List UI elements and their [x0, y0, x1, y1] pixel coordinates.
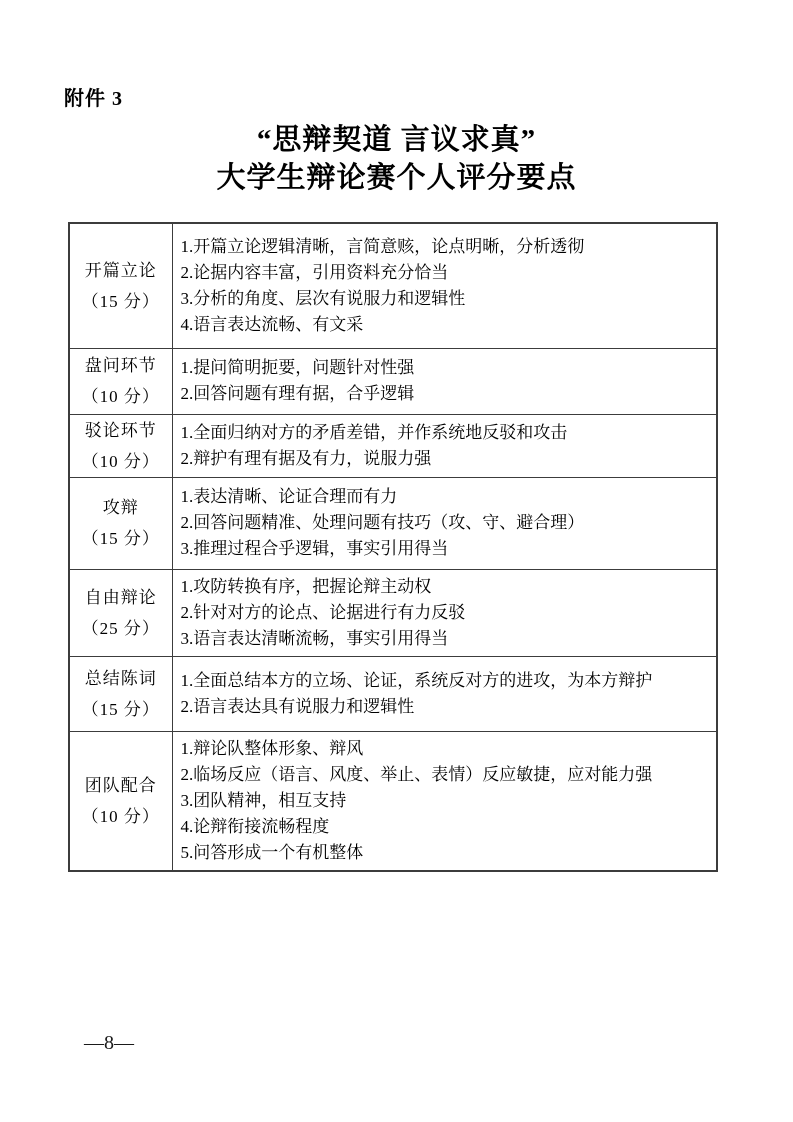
criteria-cell: 1.全面总结本方的立场、论证，系统反对方的进攻，为本方辩护 2.语言表达具有说服…	[172, 656, 717, 731]
category-name: 开篇立论	[70, 255, 172, 286]
criteria-item: 1.提问简明扼要，问题针对性强	[181, 355, 711, 381]
criteria-item: 1.全面总结本方的立场、论证，系统反对方的进攻，为本方辩护	[181, 668, 711, 694]
criteria-item: 2.回答问题精准、处理问题有技巧（攻、守、避合理）	[181, 510, 711, 536]
category-score: （10 分）	[70, 446, 172, 477]
criteria-item: 2.论据内容丰富，引用资料充分恰当	[181, 260, 711, 286]
criteria-cell: 1.提问简明扼要，问题针对性强 2.回答问题有理有据，合乎逻辑	[172, 348, 717, 414]
criteria-cell: 1.表达清晰、论证合理而有力 2.回答问题精准、处理问题有技巧（攻、守、避合理）…	[172, 477, 717, 569]
criteria-item: 2.语言表达具有说服力和逻辑性	[181, 694, 711, 720]
criteria-cell: 1.开篇立论逻辑清晰，言简意赅，论点明晰，分析透彻 2.论据内容丰富，引用资料充…	[172, 223, 717, 348]
category-cell: 团队配合 （10 分）	[69, 731, 172, 871]
category-score: （10 分）	[70, 381, 172, 412]
category-score: （15 分）	[70, 286, 172, 317]
category-name: 总结陈词	[70, 663, 172, 694]
criteria-cell: 1.辩论队整体形象、辩风 2.临场反应（语言、风度、举止、表情）反应敏捷，应对能…	[172, 731, 717, 871]
criteria-item: 2.针对对方的论点、论据进行有力反驳	[181, 600, 711, 626]
scoring-rubric-table: 开篇立论 （15 分） 1.开篇立论逻辑清晰，言简意赅，论点明晰，分析透彻 2.…	[68, 222, 718, 872]
category-cell: 盘问环节 （10 分）	[69, 348, 172, 414]
criteria-cell: 1.攻防转换有序，把握论辩主动权 2.针对对方的论点、论据进行有力反驳 3.语言…	[172, 569, 717, 656]
document-page: 附件 3 “思辩契道 言议求真” 大学生辩论赛个人评分要点 开篇立论 （15 分…	[0, 0, 793, 1122]
criteria-item: 5.问答形成一个有机整体	[181, 840, 711, 866]
criteria-item: 3.团队精神，相互支持	[181, 788, 711, 814]
table-row: 团队配合 （10 分） 1.辩论队整体形象、辩风 2.临场反应（语言、风度、举止…	[69, 731, 717, 871]
criteria-item: 3.推理过程合乎逻辑，事实引用得当	[181, 536, 711, 562]
category-cell: 开篇立论 （15 分）	[69, 223, 172, 348]
category-name: 盘问环节	[70, 350, 172, 381]
category-cell: 攻辩 （15 分）	[69, 477, 172, 569]
table-row: 攻辩 （15 分） 1.表达清晰、论证合理而有力 2.回答问题精准、处理问题有技…	[69, 477, 717, 569]
criteria-item: 4.论辩衔接流畅程度	[181, 814, 711, 840]
criteria-item: 3.分析的角度、层次有说服力和逻辑性	[181, 286, 711, 312]
criteria-item: 1.攻防转换有序，把握论辩主动权	[181, 574, 711, 600]
criteria-item: 1.辩论队整体形象、辩风	[181, 736, 711, 762]
category-score: （15 分）	[70, 523, 172, 554]
page-number: —8—	[84, 1032, 134, 1055]
table-row: 开篇立论 （15 分） 1.开篇立论逻辑清晰，言简意赅，论点明晰，分析透彻 2.…	[69, 223, 717, 348]
category-cell: 总结陈词 （15 分）	[69, 656, 172, 731]
category-cell: 自由辩论 （25 分）	[69, 569, 172, 656]
category-name: 驳论环节	[70, 415, 172, 446]
criteria-item: 1.全面归纳对方的矛盾差错，并作系统地反驳和攻击	[181, 420, 711, 446]
criteria-item: 1.表达清晰、论证合理而有力	[181, 484, 711, 510]
criteria-item: 2.辩护有理有据及有力，说服力强	[181, 446, 711, 472]
table-row: 自由辩论 （25 分） 1.攻防转换有序，把握论辩主动权 2.针对对方的论点、论…	[69, 569, 717, 656]
category-cell: 驳论环节 （10 分）	[69, 414, 172, 477]
table-row: 盘问环节 （10 分） 1.提问简明扼要，问题针对性强 2.回答问题有理有据，合…	[69, 348, 717, 414]
criteria-item: 3.语言表达清晰流畅，事实引用得当	[181, 626, 711, 652]
table-row: 总结陈词 （15 分） 1.全面总结本方的立场、论证，系统反对方的进攻，为本方辩…	[69, 656, 717, 731]
category-score: （10 分）	[70, 801, 172, 832]
category-name: 攻辩	[70, 492, 172, 523]
document-title-line2: 大学生辩论赛个人评分要点	[0, 159, 793, 197]
category-score: （25 分）	[70, 613, 172, 644]
document-title-line1: “思辩契道 言议求真”	[0, 121, 793, 159]
criteria-item: 4.语言表达流畅、有文采	[181, 312, 711, 338]
criteria-item: 2.临场反应（语言、风度、举止、表情）反应敏捷，应对能力强	[181, 762, 711, 788]
title-block: “思辩契道 言议求真” 大学生辩论赛个人评分要点	[0, 121, 793, 197]
criteria-cell: 1.全面归纳对方的矛盾差错，并作系统地反驳和攻击 2.辩护有理有据及有力，说服力…	[172, 414, 717, 477]
criteria-item: 1.开篇立论逻辑清晰，言简意赅，论点明晰，分析透彻	[181, 234, 711, 260]
table-row: 驳论环节 （10 分） 1.全面归纳对方的矛盾差错，并作系统地反驳和攻击 2.辩…	[69, 414, 717, 477]
criteria-item: 2.回答问题有理有据，合乎逻辑	[181, 381, 711, 407]
category-name: 团队配合	[70, 770, 172, 801]
category-score: （15 分）	[70, 694, 172, 725]
attachment-label: 附件 3	[64, 82, 123, 111]
category-name: 自由辩论	[70, 582, 172, 613]
